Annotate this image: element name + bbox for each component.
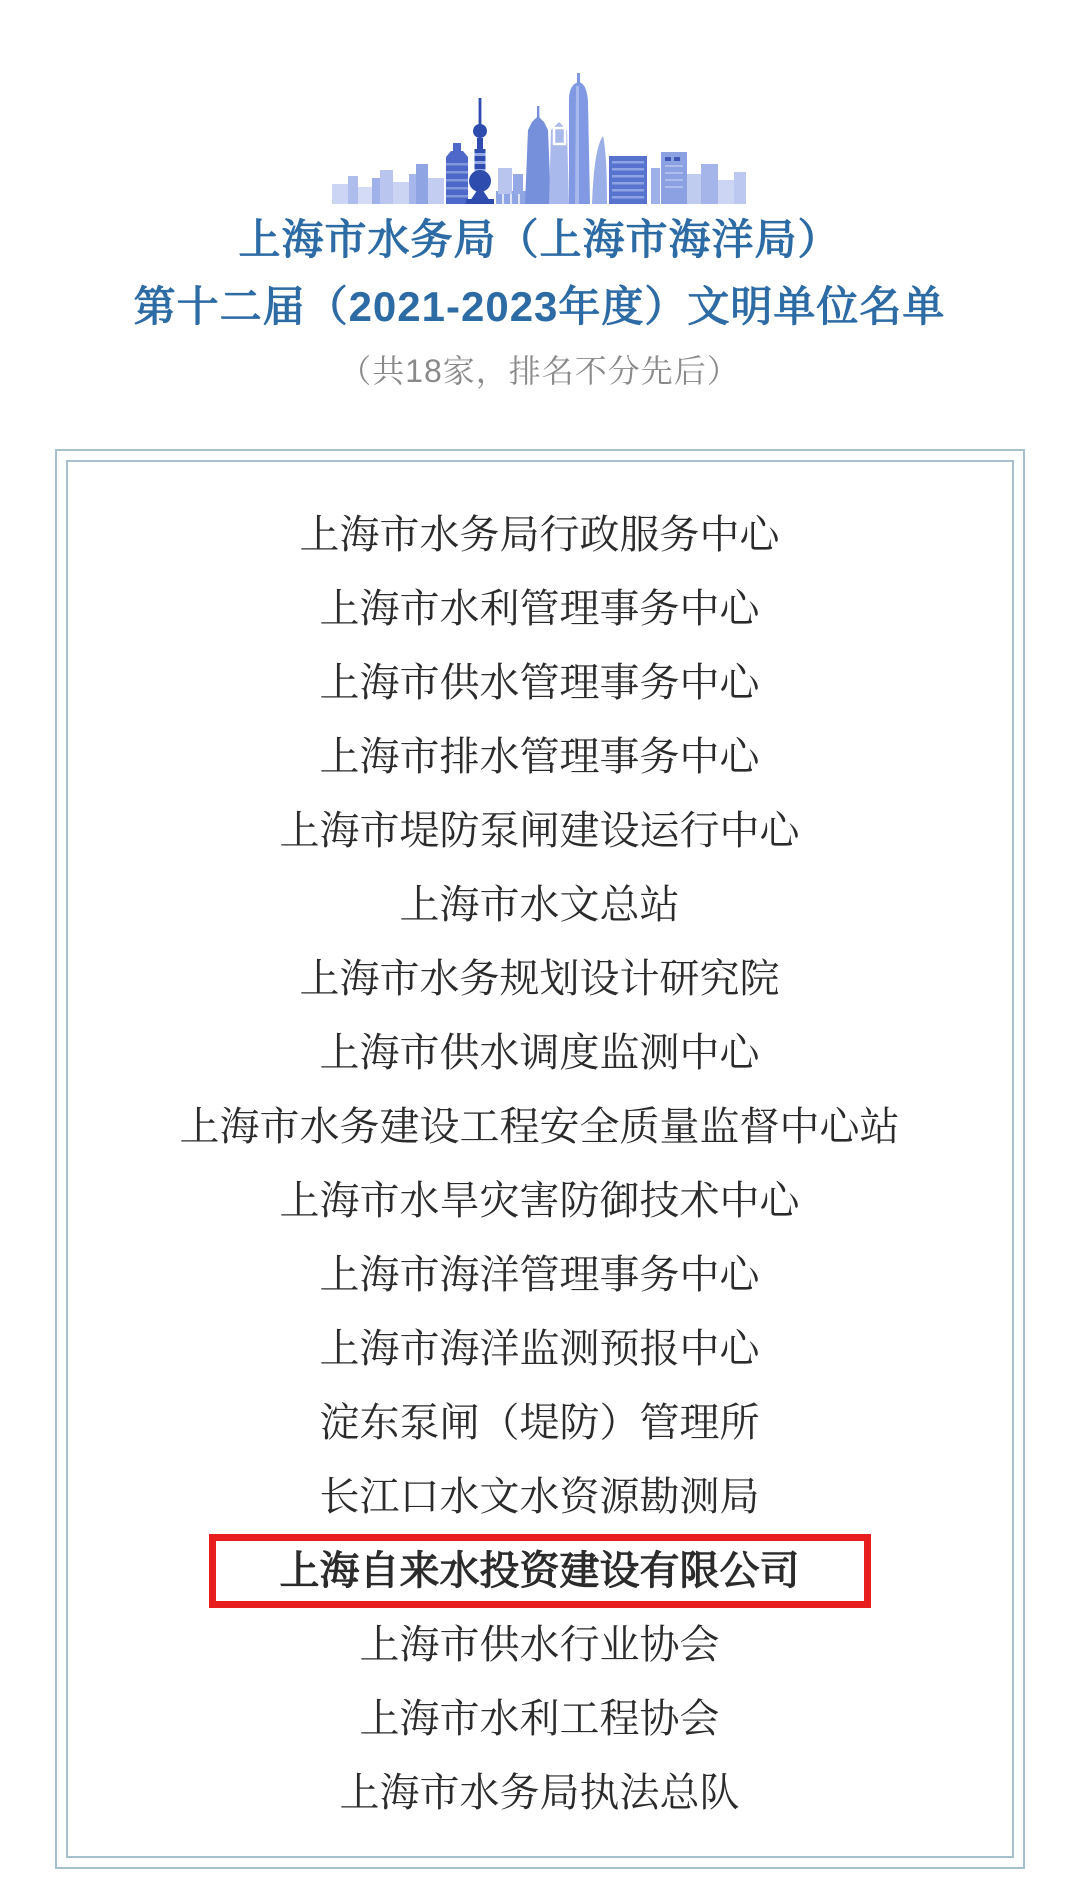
list-item-text: 上海市排水管理事务中心 xyxy=(320,737,760,777)
highlighted-item-text: 上海自来水投资建设有限公司 xyxy=(280,1551,800,1591)
announcement-page: 上海市水务局（上海市海洋局） 第十二届（2021-2023年度）文明单位名单 （… xyxy=(0,0,1079,1869)
list-item-text: 上海市海洋管理事务中心 xyxy=(320,1255,760,1295)
list-item: 上海市水利管理事务中心 xyxy=(68,572,1012,646)
red-highlight-box: 上海自来水投资建设有限公司 xyxy=(209,1534,871,1608)
list-item: 上海市供水管理事务中心 xyxy=(68,646,1012,720)
list-item: 上海市水务建设工程安全质量监督中心站 xyxy=(68,1090,1012,1164)
list-item-text: 上海市水务局执法总队 xyxy=(340,1773,740,1813)
list-item: 上海市水务局执法总队 xyxy=(68,1756,1012,1830)
list-item-highlighted-row: 上海自来水投资建设有限公司 xyxy=(68,1534,1012,1608)
list-item-text: 上海市供水行业协会 xyxy=(360,1625,720,1665)
list-item-text: 上海市水旱灾害防御技术中心 xyxy=(280,1181,800,1221)
list-item: 上海市海洋监测预报中心 xyxy=(68,1312,1012,1386)
skyline-graphic-container xyxy=(0,0,1079,206)
unit-list-inner-frame: 上海市水务局行政服务中心 上海市水利管理事务中心 上海市供水管理事务中心 上海市… xyxy=(66,460,1014,1858)
list-item-text: 上海市水务建设工程安全质量监督中心站 xyxy=(180,1107,900,1147)
list-item-text: 上海市水文总站 xyxy=(400,885,680,925)
list-item: 上海市排水管理事务中心 xyxy=(68,720,1012,794)
list-item-text: 上海市水务规划设计研究院 xyxy=(300,959,780,999)
list-item: 上海市水利工程协会 xyxy=(68,1682,1012,1756)
list-item-text: 长江口水文水资源勘测局 xyxy=(320,1477,760,1517)
page-subtitle: （共18家，排名不分先后） xyxy=(0,355,1079,387)
list-item: 上海市供水调度监测中心 xyxy=(68,1016,1012,1090)
list-item: 长江口水文水资源勘测局 xyxy=(68,1460,1012,1534)
list-item: 淀东泵闸（堤防）管理所 xyxy=(68,1386,1012,1460)
list-item: 上海市堤防泵闸建设运行中心 xyxy=(68,794,1012,868)
page-title-line1: 上海市水务局（上海市海洋局） xyxy=(0,218,1079,262)
list-item: 上海市水旱灾害防御技术中心 xyxy=(68,1164,1012,1238)
list-item-text: 淀东泵闸（堤防）管理所 xyxy=(320,1403,760,1443)
unit-list-outer-frame: 上海市水务局行政服务中心 上海市水利管理事务中心 上海市供水管理事务中心 上海市… xyxy=(55,449,1025,1869)
list-item-text: 上海市水利工程协会 xyxy=(360,1699,720,1739)
list-item-text: 上海市供水调度监测中心 xyxy=(320,1033,760,1073)
list-item: 上海市水务规划设计研究院 xyxy=(68,942,1012,1016)
list-item-text: 上海市水利管理事务中心 xyxy=(320,589,760,629)
list-item-text: 上海市水务局行政服务中心 xyxy=(300,515,780,555)
page-title-line2: 第十二届（2021-2023年度）文明单位名单 xyxy=(0,285,1079,329)
shanghai-skyline-icon xyxy=(330,56,750,206)
list-item: 上海市水务局行政服务中心 xyxy=(68,498,1012,572)
list-item: 上海市水文总站 xyxy=(68,868,1012,942)
list-item: 上海市供水行业协会 xyxy=(68,1608,1012,1682)
list-item-text: 上海市堤防泵闸建设运行中心 xyxy=(280,811,800,851)
list-item: 上海市海洋管理事务中心 xyxy=(68,1238,1012,1312)
list-item-text: 上海市海洋监测预报中心 xyxy=(320,1329,760,1369)
list-item-text: 上海市供水管理事务中心 xyxy=(320,663,760,703)
